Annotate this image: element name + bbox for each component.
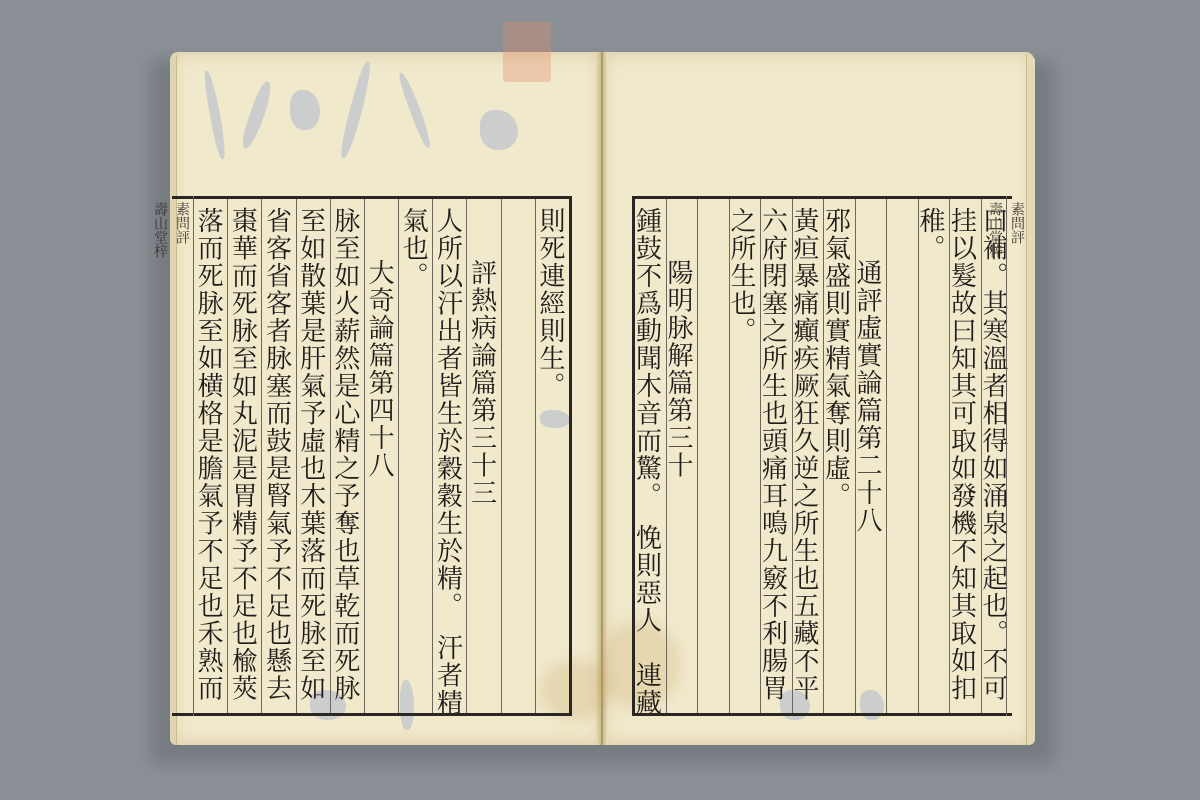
text-column: 氣也。 (398, 199, 432, 713)
text-column: 邪氣盛則實精氣奪則虛。 (823, 199, 855, 713)
text-column (697, 199, 729, 713)
text-column (501, 199, 535, 713)
text-column (886, 199, 918, 713)
margin-title: 素問評 (171, 202, 193, 710)
margin-publisher: 壽山堂梓 (984, 202, 1006, 710)
chapter-heading: 大奇論篇第四十八 (364, 199, 398, 713)
library-seal-stamp (503, 22, 551, 82)
text-column: 脉至如火薪然是心精之予奪也草乾而死脉 (330, 199, 364, 713)
text-column: 之所生也。 (729, 199, 761, 713)
text-column: 六府閉塞之所生也頭痛耳鳴九竅不利腸胃 (760, 199, 792, 713)
wormhole-damage (480, 110, 518, 150)
chapter-heading: 通評虛實論篇第二十八 (855, 199, 887, 713)
chapter-heading: 評熱病論篇第三十三 (466, 199, 500, 713)
text-column: 挂以髮故曰知其可取如發機不知其取如扣 (949, 199, 981, 713)
margin-title: 素問評 (1006, 202, 1028, 710)
chapter-heading: 陽明脉解篇第三十 (666, 199, 698, 713)
text-column: 則死連經則生。 (535, 199, 569, 713)
left-page-text-frame: 則死連經則生。 評熱病論篇第三十三 人所以汗出者皆生於穀穀生於精。 汗者精 氣也… (172, 196, 572, 716)
right-page-margin-label: 素問評 壽山堂梓 (1006, 196, 1028, 716)
text-column: 省客省客者脉塞而鼓是腎氣予不足也懸去 (261, 199, 295, 713)
right-page-text-frame: 曰補。其寒溫者相得如涌泉之起也。不可 挂以髮故曰知其可取如發機不知其取如扣 稚。… (632, 196, 1012, 716)
text-column: 鍾鼓不爲動聞木音而驚。 悗則惡人 連藏 (635, 199, 666, 713)
wormhole-damage (290, 90, 320, 130)
left-page-margin-label: 素問評 壽山堂梓 (172, 196, 194, 716)
margin-publisher: 壽山堂梓 (149, 202, 171, 710)
text-column: 落而死脉至如横格是膽氣予不足也禾熟而 (194, 199, 227, 713)
text-column: 棗華而死脉至如丸泥是胃精予不足也楡莢 (227, 199, 261, 713)
text-column: 至如散葉是肝氣予虛也木葉落而死脉至如 (296, 199, 330, 713)
text-column: 人所以汗出者皆生於穀穀生於精。 汗者精 (432, 199, 466, 713)
text-column: 稚。 (918, 199, 950, 713)
text-column: 黃疸暴痛癲疾厥狂久逆之所生也五藏不平 (792, 199, 824, 713)
